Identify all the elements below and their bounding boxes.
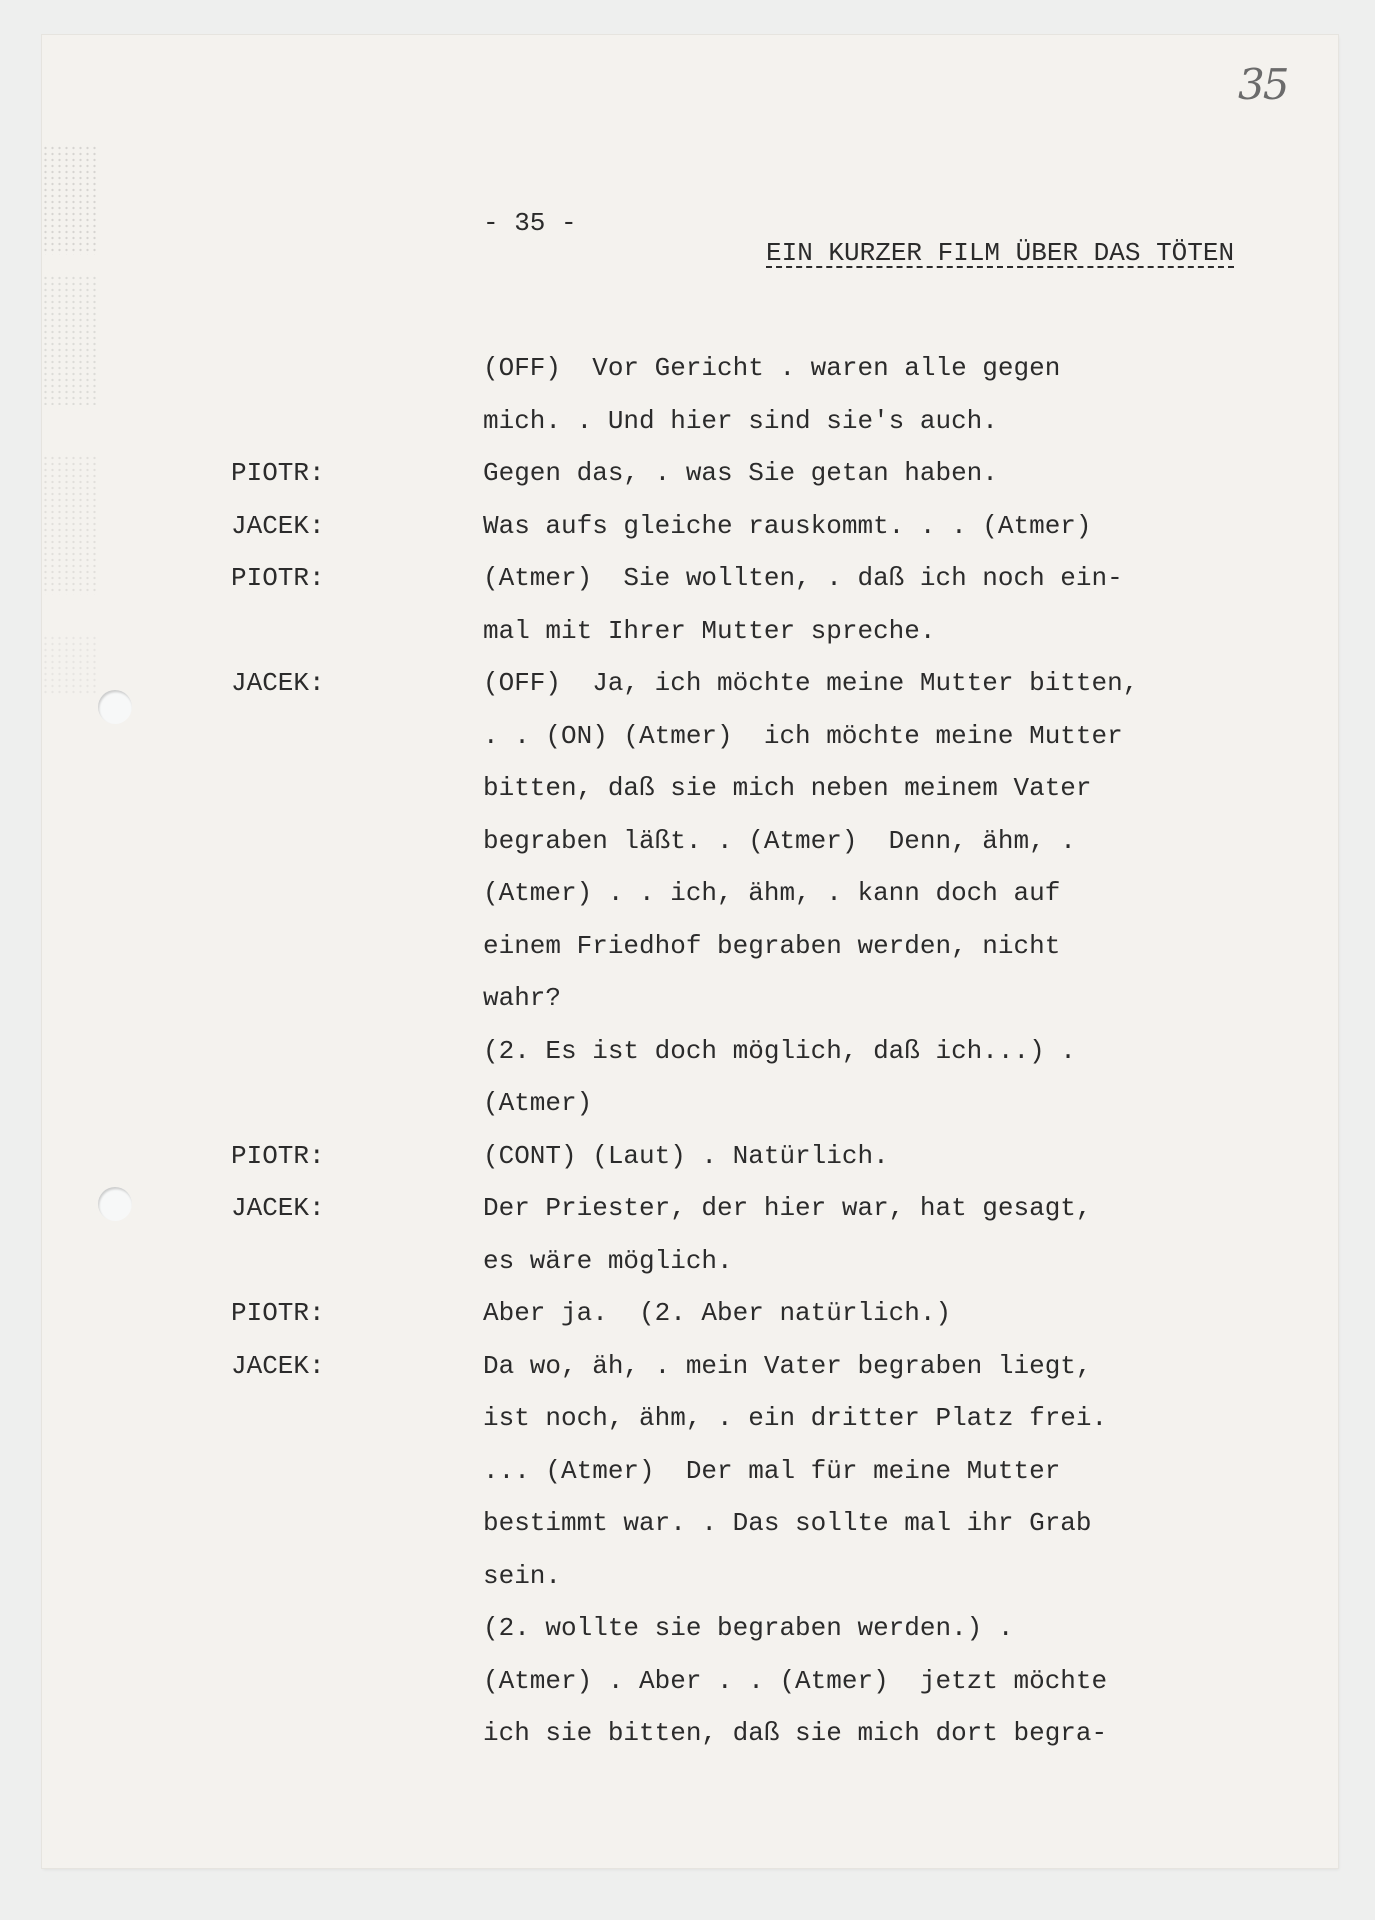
dialogue-text: Aber ja. (2. Aber natürlich.)	[483, 1287, 951, 1340]
dialogue-text: (Atmer) Sie wollten, . daß ich noch ein-	[483, 552, 1123, 605]
speaker-label: PIOTR:	[231, 552, 325, 605]
dialogue-text: mal mit Ihrer Mutter spreche.	[483, 605, 935, 658]
script-line: mal mit Ihrer Mutter spreche.	[231, 605, 1231, 658]
document-title: EIN KURZER FILM ÜBER DAS TÖTEN	[766, 238, 1234, 268]
script-line: . . (ON) (Atmer) ich möchte meine Mutter	[231, 710, 1231, 763]
punch-hole	[98, 1187, 132, 1221]
speaker-label: PIOTR:	[231, 1130, 325, 1183]
dialogue-text: ich sie bitten, daß sie mich dort begra-	[483, 1707, 1107, 1760]
toner-speckle	[42, 145, 100, 255]
script-line: (2. Es ist doch möglich, daß ich...) .	[231, 1025, 1231, 1078]
dialogue-text: ist noch, ähm, . ein dritter Platz frei.	[483, 1392, 1107, 1445]
script-line: (Atmer)	[231, 1077, 1231, 1130]
script-line: begraben läßt. . (Atmer) Denn, ähm, .	[231, 815, 1231, 868]
dialogue-text: (2. wollte sie begraben werden.) .	[483, 1602, 1014, 1655]
dialogue-text: wahr?	[483, 972, 561, 1025]
dialogue-text: mich. . Und hier sind sie's auch.	[483, 395, 998, 448]
dialogue-text: Was aufs gleiche rauskommt. . . (Atmer)	[483, 500, 1092, 553]
dialogue-text: . . (ON) (Atmer) ich möchte meine Mutter	[483, 710, 1123, 763]
dialogue-text: bestimmt war. . Das sollte mal ihr Grab	[483, 1497, 1092, 1550]
page-header: - 35 - EIN KURZER FILM ÜBER DAS TÖTEN	[0, 178, 31, 268]
dialogue-text: es wäre möglich.	[483, 1235, 733, 1288]
script-line: bestimmt war. . Das sollte mal ihr Grab	[231, 1497, 1231, 1550]
dialogue-text: Gegen das, . was Sie getan haben.	[483, 447, 998, 500]
dialogue-text: (2. Es ist doch möglich, daß ich...) .	[483, 1025, 1076, 1078]
script-line: JACEK:(OFF) Ja, ich möchte meine Mutter …	[231, 657, 1231, 710]
script-line: PIOTR:Aber ja. (2. Aber natürlich.)	[231, 1287, 1231, 1340]
toner-speckle	[42, 635, 100, 695]
script-line: (OFF) Vor Gericht . waren alle gegen	[231, 342, 1231, 395]
dialogue-text: begraben läßt. . (Atmer) Denn, ähm, .	[483, 815, 1076, 868]
page-number: - 35 -	[483, 208, 577, 238]
script-line: einem Friedhof begraben werden, nicht	[231, 920, 1231, 973]
script-line: JACEK:Was aufs gleiche rauskommt. . . (A…	[231, 500, 1231, 553]
toner-speckle	[42, 275, 100, 405]
script-line: PIOTR:(CONT) (Laut) . Natürlich.	[231, 1130, 1231, 1183]
script-line: PIOTR:(Atmer) Sie wollten, . daß ich noc…	[231, 552, 1231, 605]
dialogue-text: sein.	[483, 1550, 561, 1603]
screenplay-dialogue: (OFF) Vor Gericht . waren alle gegenmich…	[231, 342, 1231, 1760]
dialogue-text: (OFF) Ja, ich möchte meine Mutter bitten…	[483, 657, 1138, 710]
dialogue-text: (OFF) Vor Gericht . waren alle gegen	[483, 342, 1060, 395]
dialogue-text: Da wo, äh, . mein Vater begraben liegt,	[483, 1340, 1092, 1393]
toner-speckle	[42, 455, 100, 595]
script-line: (Atmer) . Aber . . (Atmer) jetzt möchte	[231, 1655, 1231, 1708]
script-line: mich. . Und hier sind sie's auch.	[231, 395, 1231, 448]
dialogue-text: Der Priester, der hier war, hat gesagt,	[483, 1182, 1092, 1235]
script-line: bitten, daß sie mich neben meinem Vater	[231, 762, 1231, 815]
script-line: sein.	[231, 1550, 1231, 1603]
script-line: JACEK:Der Priester, der hier war, hat ge…	[231, 1182, 1231, 1235]
dialogue-text: bitten, daß sie mich neben meinem Vater	[483, 762, 1092, 815]
script-line: (Atmer) . . ich, ähm, . kann doch auf	[231, 867, 1231, 920]
speaker-label: JACEK:	[231, 657, 325, 710]
dialogue-text: (Atmer)	[483, 1077, 592, 1130]
script-line: (2. wollte sie begraben werden.) .	[231, 1602, 1231, 1655]
dialogue-text: einem Friedhof begraben werden, nicht	[483, 920, 1060, 973]
punch-hole	[98, 690, 132, 724]
script-line: ich sie bitten, daß sie mich dort begra-	[231, 1707, 1231, 1760]
dialogue-text: ... (Atmer) Der mal für meine Mutter	[483, 1445, 1060, 1498]
dialogue-text: (Atmer) . . ich, ähm, . kann doch auf	[483, 867, 1060, 920]
speaker-label: PIOTR:	[231, 1287, 325, 1340]
script-line: ist noch, ähm, . ein dritter Platz frei.	[231, 1392, 1231, 1445]
speaker-label: JACEK:	[231, 1340, 325, 1393]
speaker-label: JACEK:	[231, 1182, 325, 1235]
script-line: ... (Atmer) Der mal für meine Mutter	[231, 1445, 1231, 1498]
script-line: wahr?	[231, 972, 1231, 1025]
dialogue-text: (CONT) (Laut) . Natürlich.	[483, 1130, 889, 1183]
script-line: PIOTR:Gegen das, . was Sie getan haben.	[231, 447, 1231, 500]
speaker-label: JACEK:	[231, 500, 325, 553]
script-line: es wäre möglich.	[231, 1235, 1231, 1288]
script-line: JACEK:Da wo, äh, . mein Vater begraben l…	[231, 1340, 1231, 1393]
dialogue-text: (Atmer) . Aber . . (Atmer) jetzt möchte	[483, 1655, 1107, 1708]
handwritten-page-number: 35	[1238, 60, 1287, 109]
speaker-label: PIOTR:	[231, 447, 325, 500]
